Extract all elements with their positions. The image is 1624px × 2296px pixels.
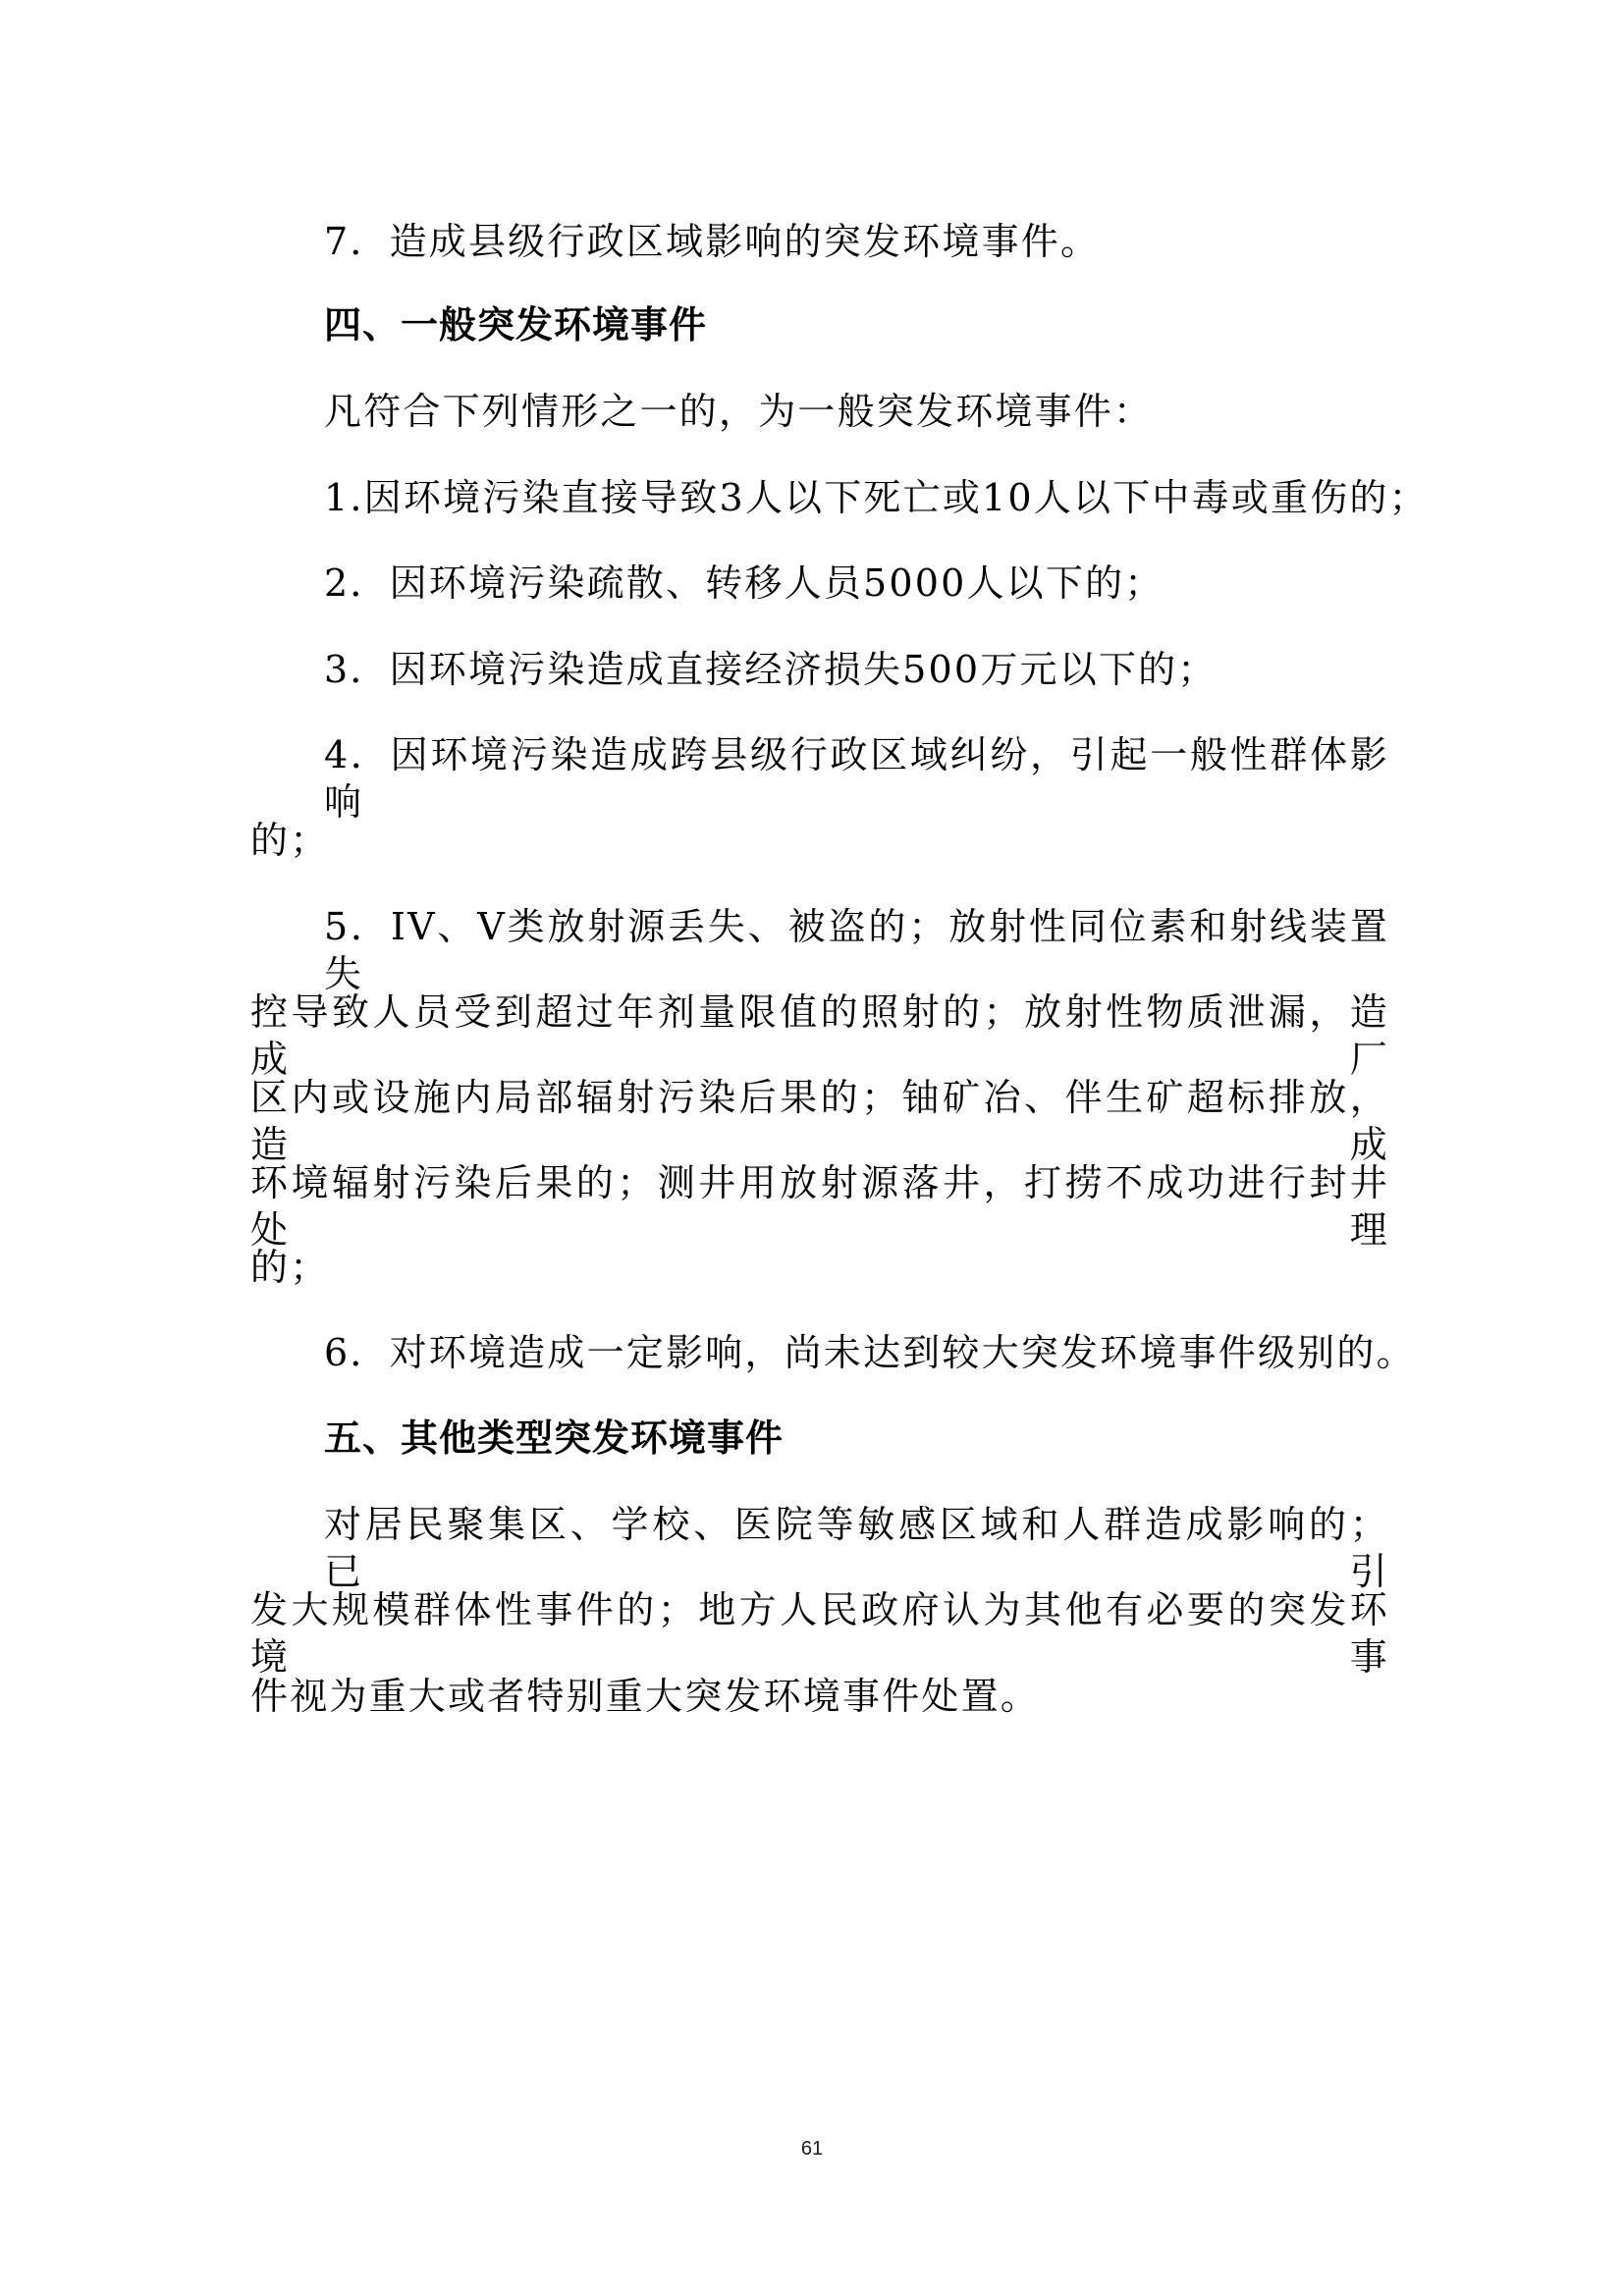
other-paragraph-line-1: 对居民聚集区、学校、医院等敏感区域和人群造成影响的；已引 [324,1501,1389,1595]
page-number: 61 [0,2138,1624,2161]
list-item-1: 1.因环境污染直接导致3人以下死亡或10人以下中毒或重伤的； [324,474,1389,521]
list-item-4-line-1: 4．因环境污染造成跨县级行政区域纠纷，引起一般性群体影响 [324,731,1389,826]
list-item-5-line-2: 控导致人员受到超过年剂量限值的照射的；放射性物质泄漏，造成厂 [250,988,1389,1083]
other-paragraph-line-2: 发大规模群体性事件的；地方人民政府认为其他有必要的突发环境事 [250,1586,1389,1681]
document-page: 7．造成县级行政区域影响的突发环境事件。 四、一般突发环境事件 凡符合下列情形之… [0,0,1624,2296]
list-item-7: 7．造成县级行政区域影响的突发环境事件。 [324,218,1389,265]
other-paragraph-line-3: 件视为重大或者特别重大突发环境事件处置。 [250,1673,1389,1720]
list-item-5-line-1: 5．IV、V类放射源丢失、被盗的；放射性同位素和射线装置失 [324,903,1389,997]
list-item-3: 3．因环境污染造成直接经济损失500万元以下的； [324,646,1389,693]
list-item-5-line-4: 环境辐射污染后果的；测井用放射源落井，打捞不成功进行封井处理 [250,1159,1389,1254]
section-heading-other-incidents: 五、其他类型突发环境事件 [324,1415,1389,1462]
list-item-2: 2．因环境污染疏散、转移人员5000人以下的； [324,560,1389,607]
list-item-4-line-2: 的； [250,817,1389,864]
list-item-6: 6．对环境造成一定影响，尚未达到较大突发环境事件级别的。 [324,1329,1389,1376]
section-heading-general-incidents: 四、一般突发环境事件 [324,301,1389,348]
list-item-5-line-3: 区内或设施内局部辐射污染后果的；铀矿冶、伴生矿超标排放，造成 [250,1074,1389,1168]
list-item-5-line-5: 的； [250,1244,1389,1291]
intro-paragraph: 凡符合下列情形之一的，为一般突发环境事件： [324,388,1389,435]
